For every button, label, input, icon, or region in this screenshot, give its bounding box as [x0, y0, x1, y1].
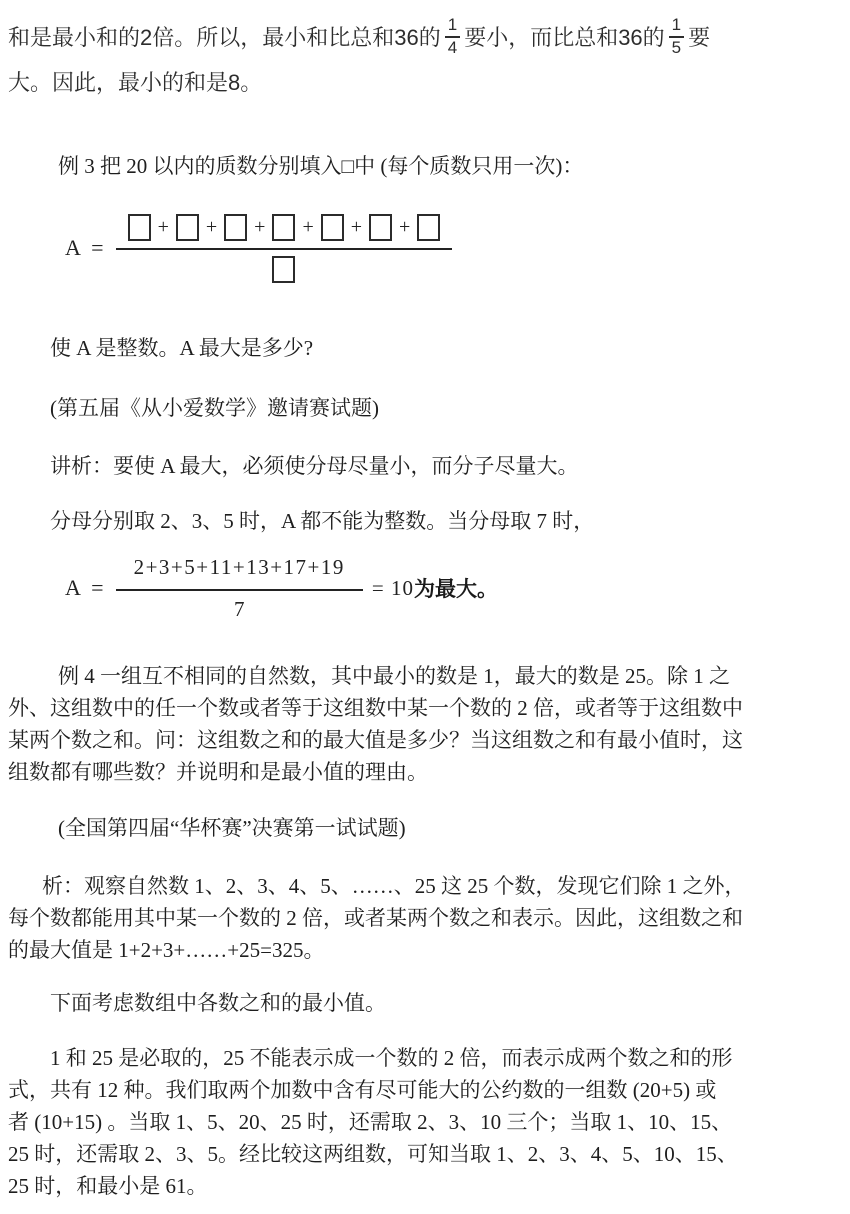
intro-paragraph: 和是最小和的2倍。所以，最小和比总和36的 1 4 要小，而比总和36的 1 5…	[8, 6, 842, 100]
plus-sign: +	[302, 217, 313, 237]
fraction-denominator: 7	[234, 597, 245, 622]
text-line: 和是最小和的2倍。所以，最小和比总和36的 1 4 要小，而比总和36的 1 5…	[8, 6, 842, 66]
text-line: 析：观察自然数 1、2、3、4、5、……、25 这 25 个数，发现它们除 1 …	[8, 870, 842, 902]
plus-sign: +	[351, 217, 362, 237]
formula-result: = 10	[372, 576, 414, 601]
example3-question: 使 A 是整数。A 最大是多少?	[8, 332, 842, 364]
text-line: 例 4 一组互不相同的自然数，其中最小的数是 1，最大的数是 25。除 1 之	[8, 660, 842, 692]
empty-box	[272, 256, 295, 283]
empty-box	[176, 214, 199, 241]
intro-text-segment: 要	[688, 21, 710, 52]
empty-box	[272, 214, 295, 241]
example4-min-sum: 1 和 25 是必取的，25 不能表示成一个数的 2 倍，而表示成两个数之和的形…	[8, 1042, 842, 1202]
example3-result-formula: A = 2+3+5+11+13+17+19 7 = 10 为最大。	[65, 557, 842, 619]
fraction-one-fourth: 1 4	[445, 15, 460, 57]
example4-source: (全国第四届“华杯赛”决赛第一试试题)	[8, 812, 842, 844]
text-line: 25 时，和最小是 61。	[8, 1170, 842, 1202]
fraction-numerator: 1	[445, 15, 460, 38]
example3-analysis: 讲析：要使 A 最大，必须使分母尽量小，而分子尽量大。	[8, 450, 842, 482]
text-line: 外、这组数中的任一个数或者等于这组数中某一个数的 2 倍，或者等于这组数中	[8, 692, 842, 724]
fraction-numerator: 2+3+5+11+13+17+19	[128, 555, 351, 582]
fraction-numerator: 1	[669, 15, 684, 38]
fraction-denominator: 5	[672, 38, 681, 57]
intro-text-segment: 和是最小和的2倍。所以，最小和比总和36的	[8, 21, 441, 52]
document-page: 和是最小和的2倍。所以，最小和比总和36的 1 4 要小，而比总和36的 1 5…	[0, 0, 850, 1202]
example3-source: (第五届《从小爱数学》邀请赛试题)	[8, 392, 842, 424]
text-line: 某两个数之和。问：这组数之和的最大值是多少？当这组数之和有最小值时，这	[8, 724, 842, 756]
plus-sign: +	[158, 217, 169, 237]
text-line: 1 和 25 是必取的，25 不能表示成一个数的 2 倍，而表示成两个数之和的形	[8, 1042, 842, 1074]
text-line: 式，共有 12 种。我们取两个加数中含有尽可能大的公约数的一组数 (20+5) …	[8, 1074, 842, 1106]
fraction-denominator-box	[272, 256, 295, 283]
fraction: 2+3+5+11+13+17+19 7	[116, 555, 363, 622]
text-line: 25 时，还需取 2、3、5。经比较这两组数，可知当取 1、2、3、4、5、10…	[8, 1138, 842, 1170]
example4-problem: 例 4 一组互不相同的自然数，其中最小的数是 1，最大的数是 25。除 1 之 …	[8, 660, 842, 788]
fraction-denominator: 4	[448, 38, 457, 57]
example3-analysis2: 分母分别取 2、3、5 时，A 都不能为整数。当分母取 7 时，	[8, 505, 842, 537]
text-line: 大。因此，最小的和是8。	[8, 66, 842, 100]
formula-lhs: A =	[65, 235, 107, 261]
intro-text-segment: 要小，而比总和36的	[464, 21, 664, 52]
plus-sign: +	[206, 217, 217, 237]
text-line: 每个数都能用其中某一个数的 2 倍，或者某两个数之和表示。因此，这组数之和	[8, 902, 842, 934]
text-line: 的最大值是 1+2+3+……+25=325。	[8, 934, 842, 966]
example3-box-formula: A = ++++++	[65, 206, 842, 290]
formula-lhs: A =	[65, 575, 107, 601]
fraction-one-fifth: 1 5	[669, 15, 684, 57]
fraction-numerator-boxes: ++++++	[116, 214, 453, 250]
empty-box	[369, 214, 392, 241]
plus-sign: +	[254, 217, 265, 237]
example4-analysis: 析：观察自然数 1、2、3、4、5、……、25 这 25 个数，发现它们除 1 …	[8, 870, 842, 966]
text-line: 者 (10+15) 。当取 1、5、20、25 时，还需取 2、3、10 三个；…	[8, 1106, 842, 1138]
fraction: ++++++	[116, 214, 453, 283]
example3-prompt: 例 3 把 20 以内的质数分别填入□中 (每个质数只用一次)：	[8, 150, 842, 182]
empty-box	[224, 214, 247, 241]
plus-sign: +	[399, 217, 410, 237]
empty-box	[321, 214, 344, 241]
example4-transition: 下面考虑数组中各数之和的最小值。	[8, 987, 842, 1019]
text-line: 组数都有哪些数？并说明和是最小值的理由。	[8, 756, 842, 788]
empty-box	[417, 214, 440, 241]
formula-result-suffix: 为最大。	[414, 573, 498, 603]
empty-box	[128, 214, 151, 241]
